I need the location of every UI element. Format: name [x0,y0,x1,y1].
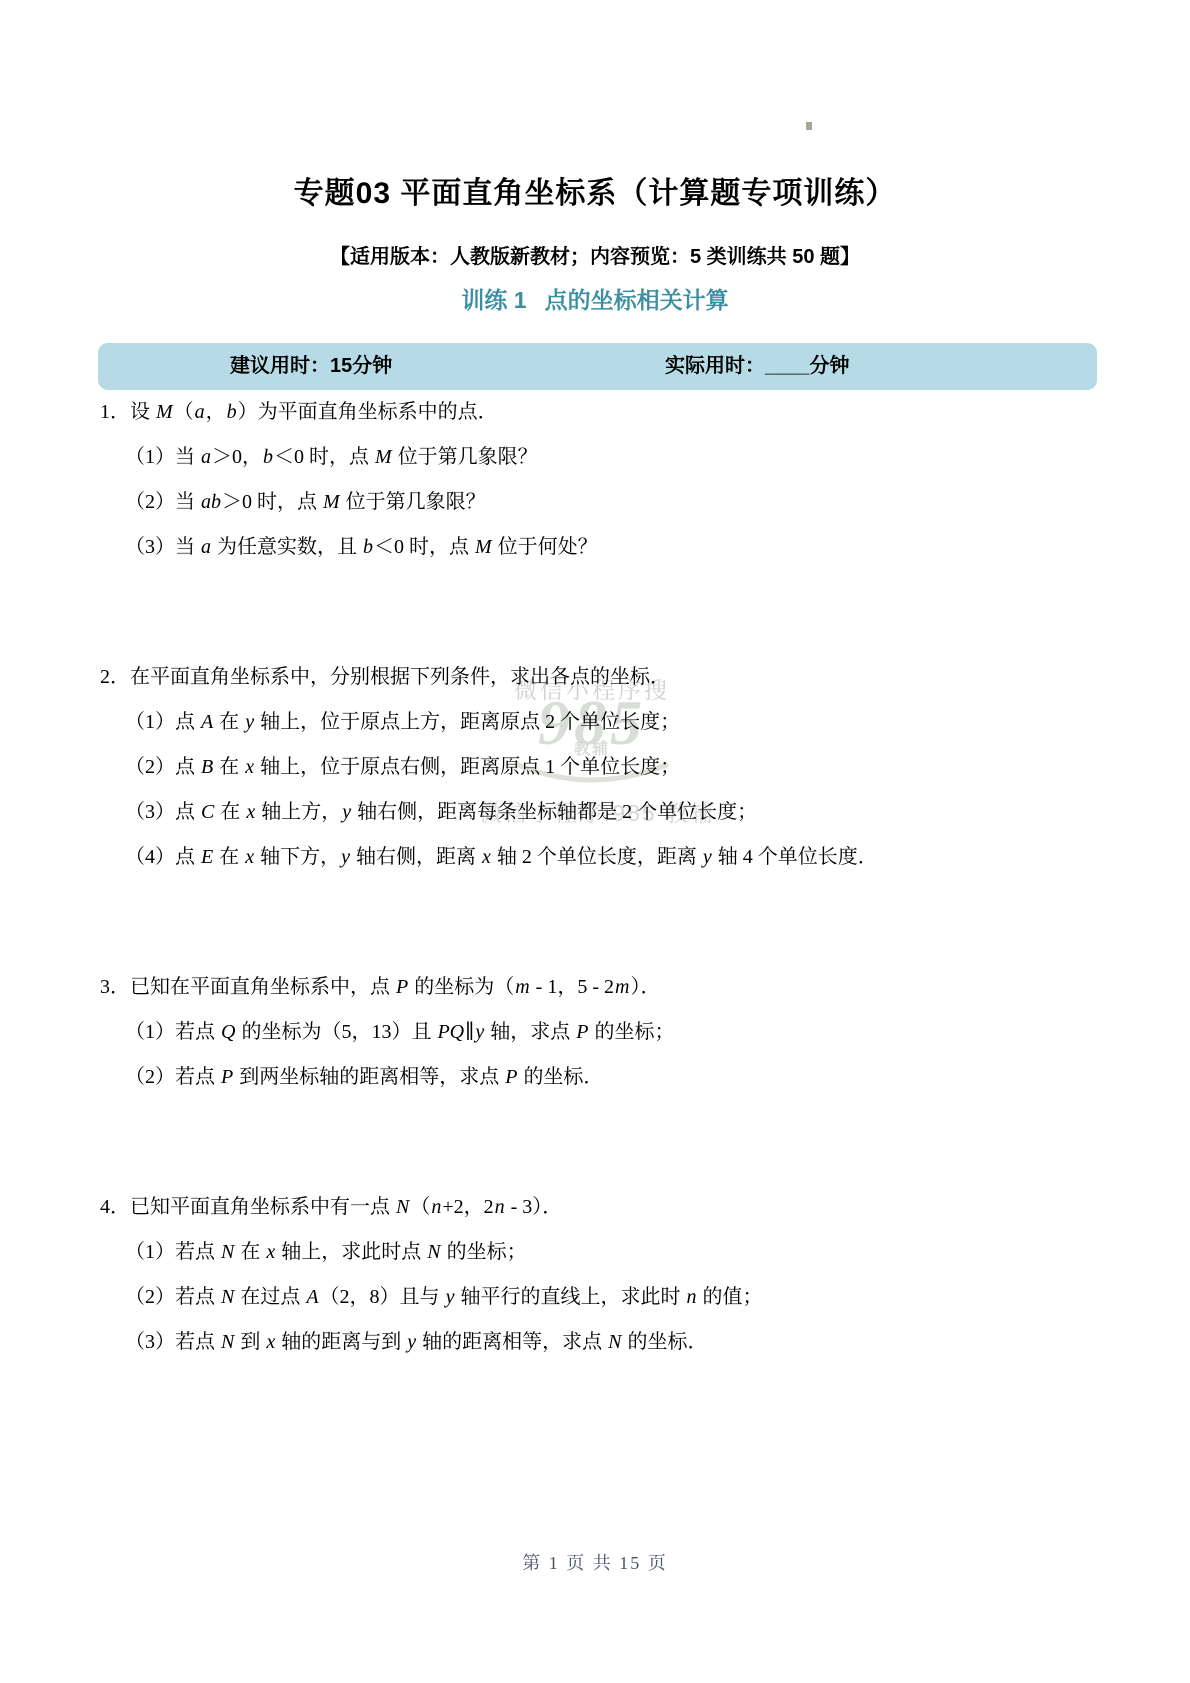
scan-artifact-dot [806,122,812,130]
problem-part: （4）点 E 在 x 轴下方，y 轴右侧，距离 x 轴 2 个单位长度，距离 y… [100,835,1095,880]
problem-1: 1．设 M（a，b）为平面直角坐标系中的点． （1）当 a＞0，b＜0 时，点 … [100,390,1095,570]
time-bar: 建议用时：15分钟 实际用时：____分钟 [98,343,1097,390]
actual-time-suffix: 分钟 [810,355,850,377]
section-label: 训练 1 [461,287,526,313]
problem-stem: 4．已知平面直角坐标系中有一点 N（n+2，2n - 3）． [100,1185,1095,1230]
suggested-time-label: 建议用时：15分钟 [230,343,392,390]
problem-part: （3）若点 N 到 x 轴的距离与到 y 轴的距离相等，求点 N 的坐标． [100,1320,1095,1365]
problem-part: （2）若点 N 在过点 A（2，8）且与 y 轴平行的直线上，求此时 n 的值； [100,1275,1095,1320]
problem-4: 4．已知平面直角坐标系中有一点 N（n+2，2n - 3）． （1）若点 N 在… [100,1185,1095,1365]
problem-part: （1）点 A 在 y 轴上，位于原点上方，距离原点 2 个单位长度； [100,700,1095,745]
doc-subtitle: 【适用版本：人教版新教材；内容预览：5 类训练共 50 题】 [0,240,1190,269]
problem-part: （3）当 a 为任意实数，且 b＜0 时，点 M 位于何处？ [100,525,1095,570]
problem-2: 2．在平面直角坐标系中，分别根据下列条件，求出各点的坐标． （1）点 A 在 y… [100,655,1095,880]
page-footer: 第 1 页 共 15 页 [0,1549,1190,1575]
problem-part: （2）点 B 在 x 轴上，位于原点右侧，距离原点 1 个单位长度； [100,745,1095,790]
actual-time-label: 实际用时：____分钟 [665,343,850,390]
section-name: 点的坐标相关计算 [545,287,729,313]
worksheet-page: 专题03 平面直角坐标系（计算题专项训练） 【适用版本：人教版新教材；内容预览：… [0,0,1190,1683]
problem-stem: 1．设 M（a，b）为平面直角坐标系中的点． [100,390,1095,435]
problems-list: 1．设 M（a，b）为平面直角坐标系中的点． （1）当 a＞0，b＜0 时，点 … [100,390,1095,1450]
problem-3: 3．已知在平面直角坐标系中，点 P 的坐标为（m - 1，5 - 2m）． （1… [100,965,1095,1100]
problem-part: （1）若点 Q 的坐标为（5，13）且 PQ∥y 轴，求点 P 的坐标； [100,1010,1095,1055]
actual-time-blank: ____ [765,355,810,377]
actual-time-prefix: 实际用时： [665,355,765,377]
problem-part: （1）若点 N 在 x 轴上，求此时点 N 的坐标； [100,1230,1095,1275]
problem-part: （2）若点 P 到两坐标轴的距离相等，求点 P 的坐标． [100,1055,1095,1100]
problem-stem: 2．在平面直角坐标系中，分别根据下列条件，求出各点的坐标． [100,655,1095,700]
problem-part: （2）当 ab＞0 时，点 M 位于第几象限？ [100,480,1095,525]
problem-part: （3）点 C 在 x 轴上方，y 轴右侧，距离每条坐标轴都是 2 个单位长度； [100,790,1095,835]
problem-part: （1）当 a＞0，b＜0 时，点 M 位于第几象限？ [100,435,1095,480]
section-title: 训练 1点的坐标相关计算 [0,282,1190,315]
problem-stem: 3．已知在平面直角坐标系中，点 P 的坐标为（m - 1，5 - 2m）． [100,965,1095,1010]
doc-title: 专题03 平面直角坐标系（计算题专项训练） [0,168,1190,212]
